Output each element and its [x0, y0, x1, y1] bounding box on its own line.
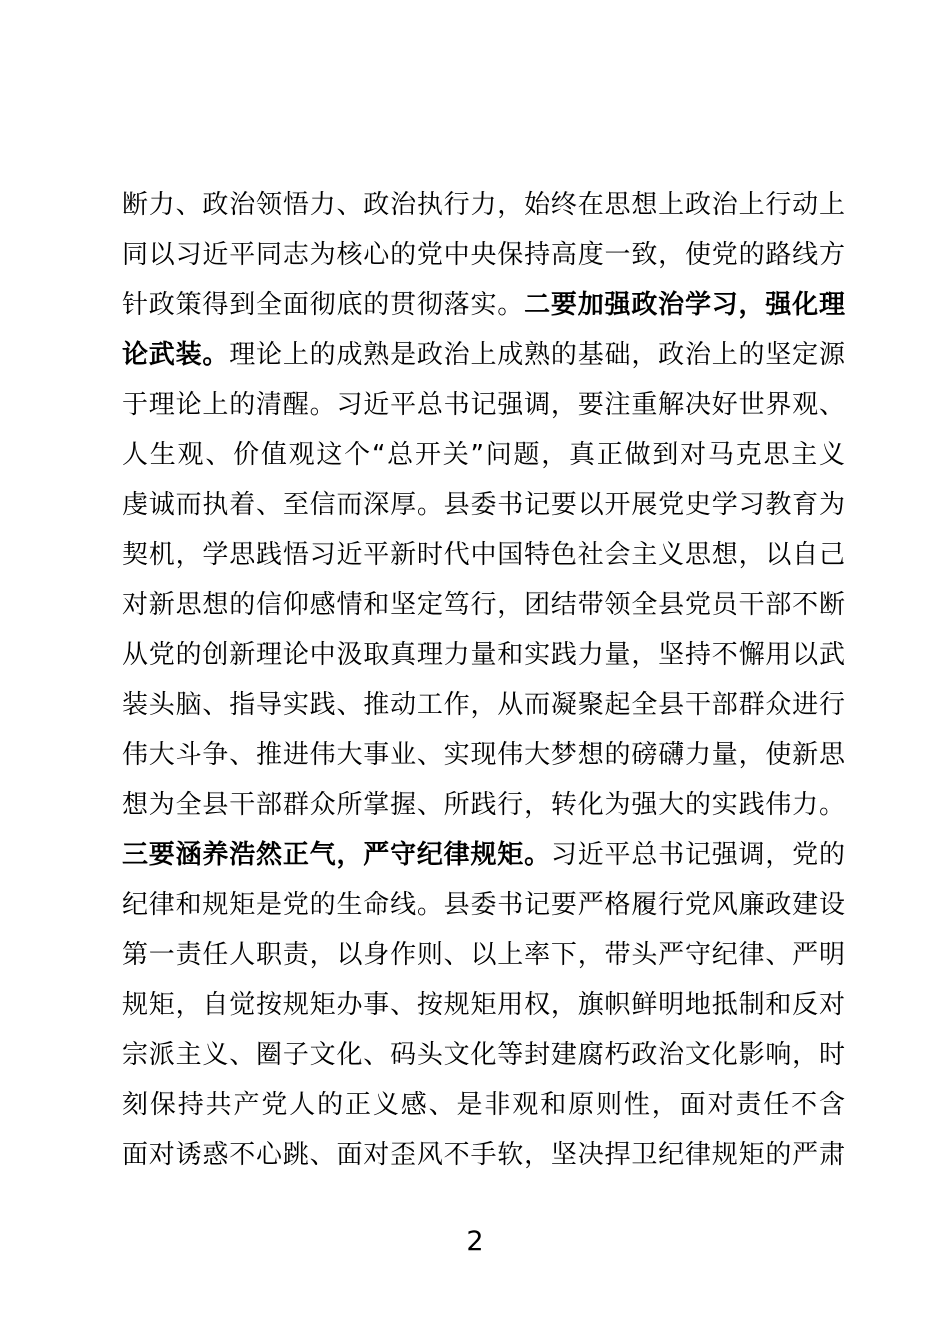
text-line: 同以习近平同志为核心的党中央保持高度一致，使党的路线方 [122, 230, 845, 280]
text-line: 从党的创新理论中汲取真理力量和实践力量，坚持不懈用以武 [122, 630, 845, 680]
document-body: 断力、政治领悟力、政治执行力，始终在思想上政治上行动上同以习近平同志为核心的党中… [122, 180, 845, 1180]
body-text: 第一责任人职责，以身作则、以上率下，带头严守纪律、严明 [122, 940, 845, 970]
body-text: 刻保持共产党人的正义感、是非观和原则性，面对责任不含糊、 [122, 1090, 845, 1130]
body-text: 从党的创新理论中汲取真理力量和实践力量，坚持不懈用以武 [122, 640, 845, 670]
document-page: 断力、政治领悟力、政治执行力，始终在思想上政治上行动上同以习近平同志为核心的党中… [0, 0, 950, 1344]
body-text: 宗派主义、圈子文化、码头文化等封建腐朽政治文化影响，时 [122, 1040, 845, 1070]
body-text: 人生观、价值观这个“总开关”问题，真正做到对马克思主义 [122, 440, 845, 470]
text-line: 想为全县干部群众所掌握、所践行，转化为强大的实践伟力。 [122, 780, 845, 830]
body-text: 面对诱惑不心跳、面对歪风不手软，坚决捍卫纪律规矩的严肃 [122, 1140, 845, 1170]
text-line: 宗派主义、圈子文化、码头文化等封建腐朽政治文化影响，时 [122, 1030, 845, 1080]
text-line: 面对诱惑不心跳、面对歪风不手软，坚决捍卫纪律规矩的严肃 [122, 1130, 845, 1180]
body-text: 习近平总书记强调，党的 [551, 840, 845, 870]
text-line: 虔诚而执着、至信而深厚。县委书记要以开展党史学习教育为 [122, 480, 845, 530]
body-text: 纪律和规矩是党的生命线。县委书记要严格履行党风廉政建设 [122, 890, 845, 920]
body-text: 理论上的成熟是政治上成熟的基础，政治上的坚定源 [229, 340, 845, 370]
section-heading-text: 三要涵养浩然正气，严守纪律规矩。 [122, 840, 551, 870]
text-line: 装头脑、指导实践、推动工作，从而凝聚起全县干部群众进行 [122, 680, 845, 730]
text-line: 第一责任人职责，以身作则、以上率下，带头严守纪律、严明 [122, 930, 845, 980]
body-text: 虔诚而执着、至信而深厚。县委书记要以开展党史学习教育为 [122, 490, 845, 520]
body-text: 契机，学思践悟习近平新时代中国特色社会主义思想，以自己 [122, 540, 845, 570]
text-line: 契机，学思践悟习近平新时代中国特色社会主义思想，以自己 [122, 530, 845, 580]
text-line: 人生观、价值观这个“总开关”问题，真正做到对马克思主义 [122, 430, 845, 480]
body-text: 对新思想的信仰感情和坚定笃行，团结带领全县党员干部不断 [122, 590, 845, 620]
body-text: 同以习近平同志为核心的党中央保持高度一致，使党的路线方 [122, 240, 845, 270]
page-number: 2 [0, 1222, 950, 1262]
section-heading-text: 二要加强政治学习，强化理 [524, 290, 845, 320]
body-text: 断力、政治领悟力、政治执行力，始终在思想上政治上行动上 [122, 190, 845, 220]
text-line: 论武装。理论上的成熟是政治上成熟的基础，政治上的坚定源 [122, 330, 845, 380]
body-text: 于理论上的清醒。习近平总书记强调，要注重解决好世界观、 [122, 390, 845, 420]
text-line: 于理论上的清醒。习近平总书记强调，要注重解决好世界观、 [122, 380, 845, 430]
body-text: 装头脑、指导实践、推动工作，从而凝聚起全县干部群众进行 [122, 690, 845, 720]
section-heading-text: 论武装。 [122, 340, 229, 370]
text-line: 对新思想的信仰感情和坚定笃行，团结带领全县党员干部不断 [122, 580, 845, 630]
text-line: 纪律和规矩是党的生命线。县委书记要严格履行党风廉政建设 [122, 880, 845, 930]
body-text: 伟大斗争、推进伟大事业、实现伟大梦想的磅礴力量，使新思 [122, 740, 845, 770]
body-text: 想为全县干部群众所掌握、所践行，转化为强大的实践伟力。 [122, 790, 845, 820]
text-line: 三要涵养浩然正气，严守纪律规矩。习近平总书记强调，党的 [122, 830, 845, 880]
body-text: 规矩，自觉按规矩办事、按规矩用权，旗帜鲜明地抵制和反对 [122, 990, 845, 1020]
text-line: 针政策得到全面彻底的贯彻落实。二要加强政治学习，强化理 [122, 280, 845, 330]
body-text: 针政策得到全面彻底的贯彻落实。 [122, 290, 524, 320]
text-line: 规矩，自觉按规矩办事、按规矩用权，旗帜鲜明地抵制和反对 [122, 980, 845, 1030]
text-line: 伟大斗争、推进伟大事业、实现伟大梦想的磅礴力量，使新思 [122, 730, 845, 780]
text-line: 断力、政治领悟力、政治执行力，始终在思想上政治上行动上 [122, 180, 845, 230]
text-line: 刻保持共产党人的正义感、是非观和原则性，面对责任不含糊、 [122, 1080, 845, 1130]
